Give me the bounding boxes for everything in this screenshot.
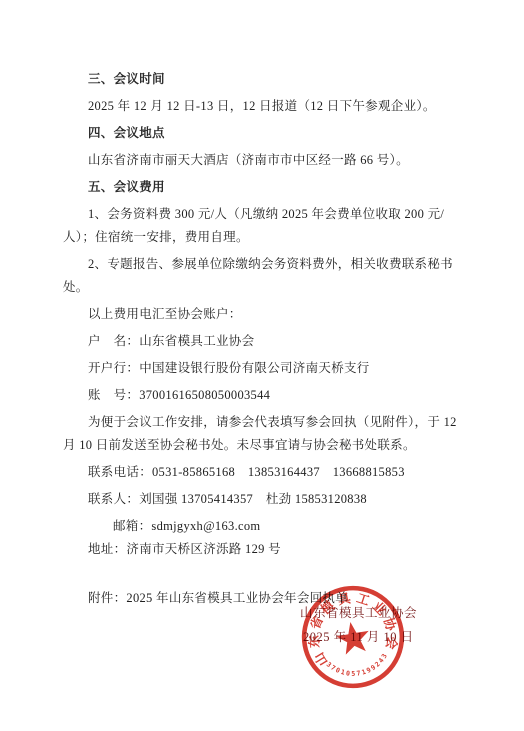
address-line: 地址：济南市天桥区济泺路 129 号 bbox=[63, 538, 281, 561]
doc-line: 山东省济南市丽天大酒店（济南市市中区经一路 66 号）。 bbox=[63, 149, 466, 172]
doc-line: 开户行：中国建设银行股份有限公司济南天桥支行 bbox=[63, 357, 466, 380]
official-seal-icon: 山东省模具工业协会 3701057199243 bbox=[288, 572, 418, 702]
document-body: 三、会议时间2025 年 12 月 12 日-13 日，12 日报道（12 日下… bbox=[63, 68, 466, 614]
doc-line: 为便于会议工作安排，请参会代表填写参会回执（见附件），于 12 月 10 日前发… bbox=[63, 411, 466, 457]
doc-line: 2、专题报告、参展单位除缴纳会务资料费外，相关收费联系秘书处。 bbox=[63, 253, 466, 299]
doc-line: 户 名：山东省模具工业协会 bbox=[63, 330, 466, 353]
doc-line: 2025 年 12 月 12 日-13 日，12 日报道（12 日下午参观企业）… bbox=[63, 95, 466, 118]
doc-line: 1、会务资料费 300 元/人（凡缴纳 2025 年会费单位收取 200 元/人… bbox=[63, 203, 466, 249]
doc-line: 五、会议费用 bbox=[63, 176, 466, 199]
doc-line: 账 号：37001616508050003544 bbox=[63, 384, 466, 407]
doc-line: 三、会议时间 bbox=[63, 68, 466, 91]
email-line: 邮箱：sdmjgyxh@163.com bbox=[88, 515, 272, 538]
doc-line: 四、会议地点 bbox=[63, 122, 466, 145]
document-page: 三、会议时间2025 年 12 月 12 日-13 日，12 日报道（12 日下… bbox=[0, 0, 524, 731]
doc-line: 联系人：刘国强 13705414357 杜劲 15853120838 bbox=[63, 488, 466, 511]
doc-line: 邮箱：sdmjgyxh@163.com地址：济南市天桥区济泺路 129 号 bbox=[63, 515, 466, 561]
doc-line: 以上费用电汇至协会账户： bbox=[63, 303, 466, 326]
seal-star-icon bbox=[334, 619, 372, 656]
doc-line: 联系电话：0531-85865168 13853164437 136688158… bbox=[63, 461, 466, 484]
